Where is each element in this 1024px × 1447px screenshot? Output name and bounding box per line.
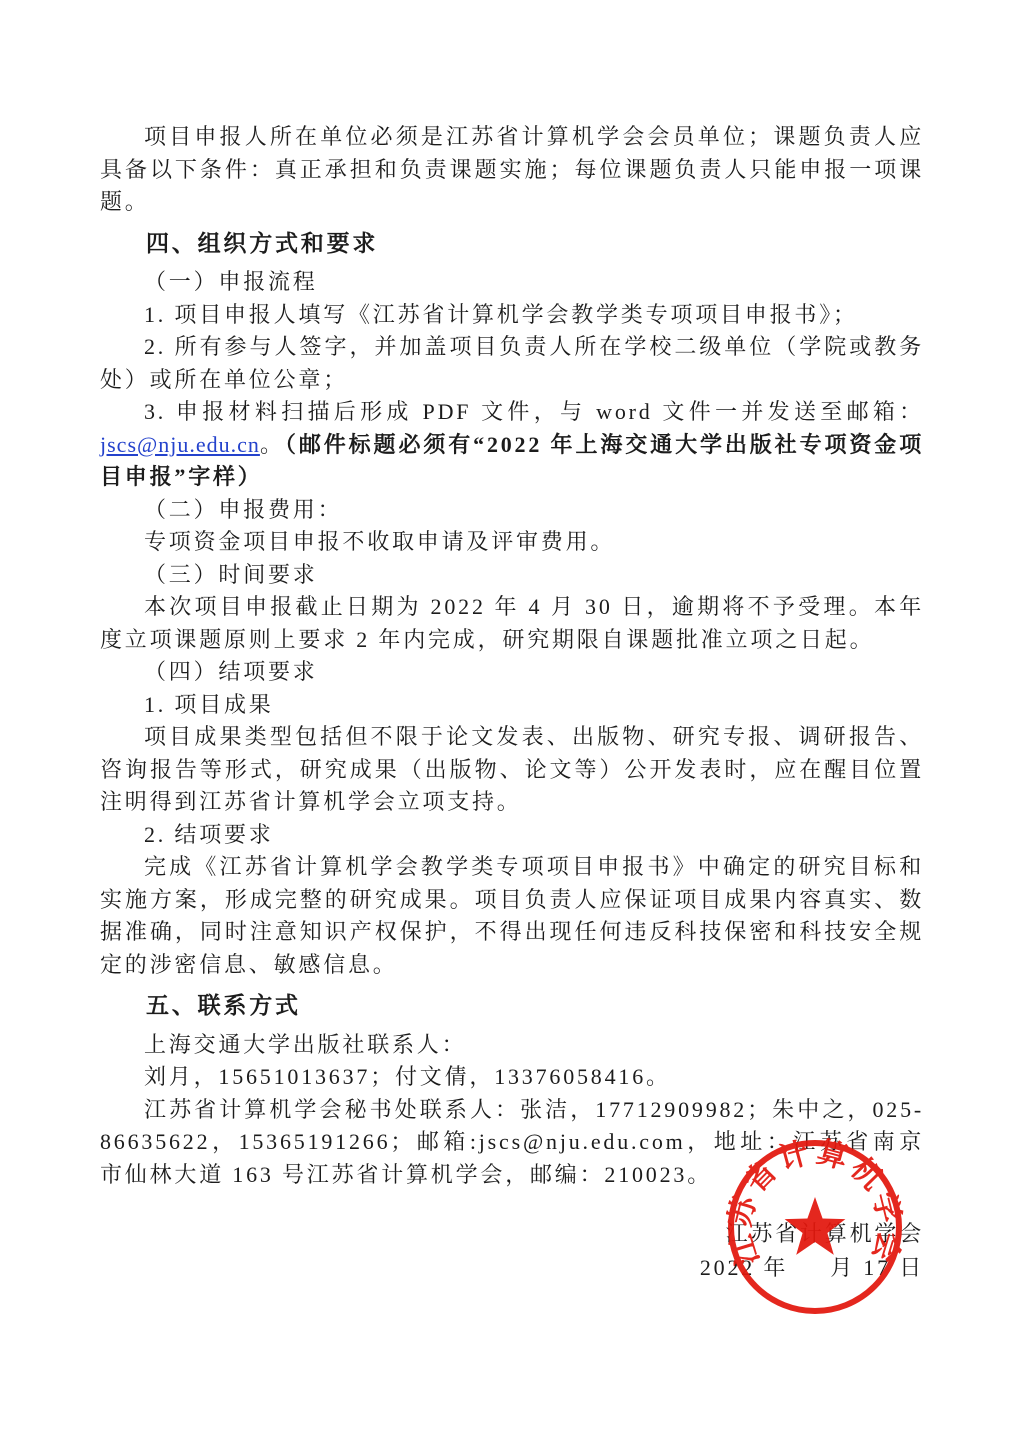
section4-sub2-text: 专项资金项目申报不收取申请及评审费用。 (100, 526, 924, 559)
section4-sub2-title: （二）申报费用： (100, 494, 924, 527)
section4-heading: 四、组织方式和要求 (100, 228, 924, 261)
section4-sub4-item2-title: 2. 结项要求 (100, 819, 924, 852)
section5-line1: 上海交通大学出版社联系人： (100, 1029, 924, 1062)
section4-sub3-text: 本次项目申报截止日期为 2022 年 4 月 30 日，逾期将不予受理。本年度立… (100, 591, 924, 656)
section4-sub3-title: （三）时间要求 (100, 559, 924, 592)
signature-block: 江苏省计算机学会 2022 年月 17 日 (100, 1217, 924, 1285)
section4-sub4-item1-title: 1. 项目成果 (100, 689, 924, 722)
item3-period: 。 (260, 432, 285, 457)
email-link-jscs-cn[interactable]: jscs@nju.edu.cn (100, 432, 260, 457)
signature-date: 2022 年月 17 日 (100, 1251, 924, 1285)
signature-date-rest: 月 17 日 (830, 1255, 924, 1280)
item3-text-prefix: 3. 申报材料扫描后形成 PDF 文件，与 word 文件一并发送至邮箱： (144, 399, 924, 424)
section4-item1: 1. 项目申报人填写《江苏省计算机学会教学类专项项目申报书》； (100, 299, 924, 332)
section5-heading: 五、联系方式 (100, 990, 924, 1023)
section4-sub4-item1-text: 项目成果类型包括但不限于论文发表、出版物、研究专报、调研报告、咨询报告等形式，研… (100, 721, 924, 819)
signature-date-year: 2022 年 (700, 1255, 788, 1280)
section4-sub4-title: （四）结项要求 (100, 656, 924, 689)
section4-item2: 2. 所有参与人签字，并加盖项目负责人所在学校二级单位（学院或教务处）或所在单位… (100, 331, 924, 396)
section5-line2: 刘月，15651013637；付文倩，13376058416。 (100, 1061, 924, 1094)
section4-sub1-title: （一）申报流程 (100, 266, 924, 299)
section4-sub4-item2-text: 完成《江苏省计算机学会教学类专项项目申报书》中确定的研究目标和实施方案，形成完整… (100, 851, 924, 981)
section4-item3: 3. 申报材料扫描后形成 PDF 文件，与 word 文件一并发送至邮箱：jsc… (100, 396, 924, 494)
section5-line3: 江苏省计算机学会秘书处联系人：张洁，17712909982；朱中之，025-86… (100, 1094, 924, 1192)
signature-org: 江苏省计算机学会 (100, 1217, 924, 1251)
document-body: 项目申报人所在单位必须是江苏省计算机学会会员单位；课题负责人应具备以下条件：真正… (100, 121, 924, 1285)
paragraph-intro: 项目申报人所在单位必须是江苏省计算机学会会员单位；课题负责人应具备以下条件：真正… (100, 121, 924, 219)
